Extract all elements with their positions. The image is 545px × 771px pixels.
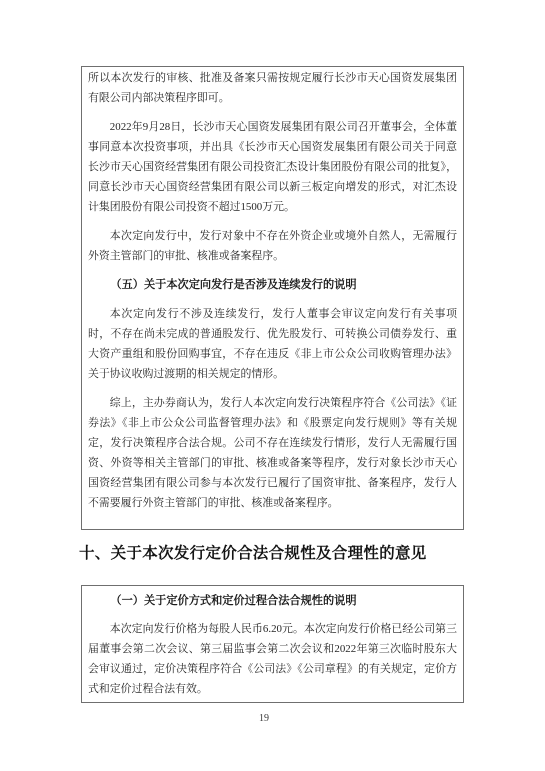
page-number: 19 xyxy=(0,713,528,725)
pricing-compliance-box: （一）关于定价方式和定价过程合法合规性的说明 本次定向发行价格为每股人民币6.2… xyxy=(81,585,464,703)
approval-procedures-box: 所以本次发行的审核、批准及备案只需按规定履行长沙市天心国资发展集团有限公司内部决… xyxy=(81,66,464,530)
paragraph-pricing-detail: 本次定向发行价格为每股人民币6.20元。本次定向发行价格已经公司第三届董事会第二… xyxy=(88,619,457,699)
paragraph-board-resolution: 2022年9月28日，长沙市天心国资发展集团有限公司召开董事会，全体董事同意本次… xyxy=(88,117,457,217)
section-title-pricing-opinion: 十、关于本次发行定价合法合规性及合理性的意见 xyxy=(79,543,499,564)
subheading-pricing-method: （一）关于定价方式和定价过程合法合规性的说明 xyxy=(88,591,457,611)
document-page: 所以本次发行的审核、批准及备案只需按规定履行长沙市天心国资发展集团有限公司内部决… xyxy=(0,0,545,771)
paragraph-foreign-investment: 本次定向发行中，发行对象中不存在外资企业或境外自然人，无需履行外资主管部门的审批… xyxy=(88,226,457,266)
paragraph-sponsor-conclusion: 综上，主办券商认为，发行人本次定向发行决策程序符合《公司法》《证券法》《非上市公… xyxy=(88,393,457,513)
subheading-continuous-issuance: （五）关于本次定向发行是否涉及连续发行的说明 xyxy=(88,275,457,295)
paragraph-continuous-issuance: 本次定向发行不涉及连续发行，发行人董事会审议定向发行有关事项时，不存在尚未完成的… xyxy=(88,304,457,384)
paragraph-approval-continued: 所以本次发行的审核、批准及备案只需按规定履行长沙市天心国资发展集团有限公司内部决… xyxy=(88,68,457,108)
